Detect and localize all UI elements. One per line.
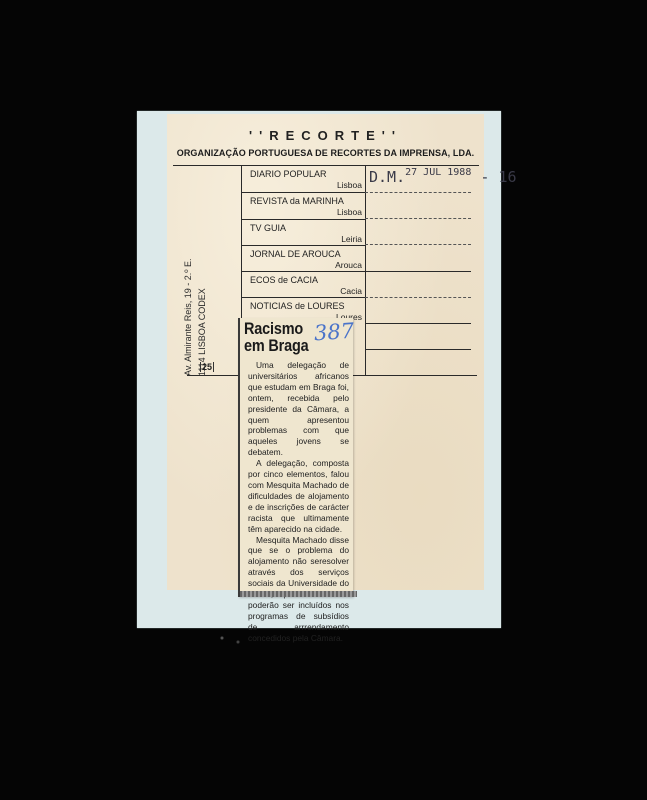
newspaper-clipping: Racismo em Braga 387 Uma delegação de un… xyxy=(238,318,353,597)
publication-city: Arouca xyxy=(335,260,362,270)
publication-name: REVISTA da MARINHA xyxy=(250,196,344,206)
right-rule xyxy=(365,323,471,324)
stamp-date: 27 JUL 1988 xyxy=(405,167,471,178)
publication-name: ECOS de CACIA xyxy=(250,275,318,285)
publication-city: Lisboa xyxy=(337,207,362,217)
article-paragraph: Uma delegação de universitários africano… xyxy=(248,360,349,458)
publication-name: JORNAL DE AROUCA xyxy=(250,249,341,259)
article-paragraph: A delegação, composta por cinco elemento… xyxy=(248,458,349,534)
publication-row: REVISTA da MARINHA Lisboa xyxy=(242,193,364,219)
publication-row: TV GUIA Leiria xyxy=(242,220,364,246)
form-title: ''RECORTE'' xyxy=(167,128,484,143)
right-column-divider xyxy=(365,165,366,375)
publication-city: Leiria xyxy=(341,234,362,244)
publication-city: Cacia xyxy=(340,286,362,296)
publication-row: ECOS de CACIA Cacia xyxy=(242,272,364,298)
address-line-1: Av. Almirante Reis, 19 - 2.º E. xyxy=(181,258,195,376)
right-rule xyxy=(365,192,471,193)
publication-name: DIARIO POPULAR xyxy=(250,169,327,179)
article-body: Uma delegação de universitários africano… xyxy=(248,360,349,644)
address-block: Av. Almirante Reis, 19 - 2.º E. 1114 LIS… xyxy=(181,258,209,376)
publication-city: Lisboa xyxy=(337,180,362,190)
right-rule xyxy=(365,244,471,245)
right-rule xyxy=(365,218,471,219)
scan-specks xyxy=(210,630,250,650)
publication-row: JORNAL DE AROUCA Arouca xyxy=(242,246,364,272)
article-paragraph: Mesquita Machado disse que se o problema… xyxy=(248,535,349,644)
number-badge: 25 xyxy=(200,362,214,372)
right-rule xyxy=(365,271,471,272)
date-stamp: D.M.27 JUL 1988 - 16 xyxy=(369,168,517,186)
handwritten-number: 387 xyxy=(313,319,355,346)
stamp-prefix: D.M. xyxy=(369,168,405,186)
form-subtitle: ORGANIZAÇÃO PORTUGUESA DE RECORTES DA IM… xyxy=(167,148,484,158)
publication-name: TV GUIA xyxy=(250,223,286,233)
publication-row: DIARIO POPULAR Lisboa xyxy=(242,166,364,192)
address-line-2: 1114 LISBOA CODEX xyxy=(195,258,209,376)
right-rule xyxy=(365,297,471,298)
publication-name: NOTICIAS de LOURES xyxy=(250,301,345,311)
right-rule xyxy=(365,349,471,350)
stamp-note: - 16 xyxy=(480,168,516,186)
